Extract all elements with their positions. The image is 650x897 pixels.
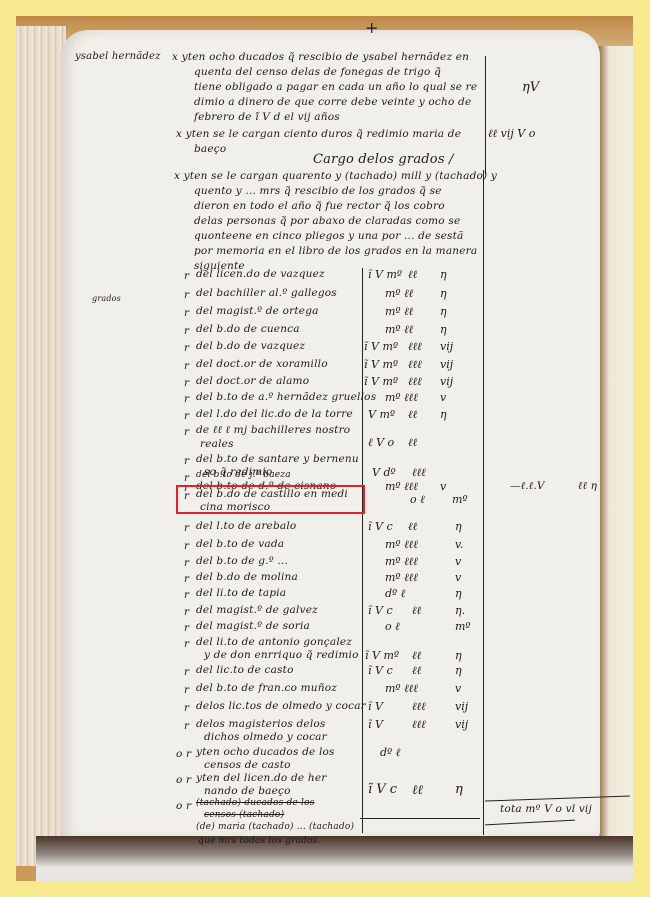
ledger-right-column-rule: [483, 170, 484, 835]
row-text: del b.to de a.º hernãdez gruellos: [196, 391, 376, 403]
row-text: del b.do de cuenca: [196, 323, 300, 335]
row-amount-2: mº ℓℓℓ: [385, 538, 418, 551]
row-text: del b.to de fran.co muñoz: [196, 682, 337, 694]
page-bottom-shadow: [36, 836, 633, 881]
row-amount-2: ℓℓℓ: [412, 718, 426, 731]
row-text: delos magisterios delos: [196, 718, 326, 730]
footer-line-1: (de) maria (tachado) ... (tachado): [196, 822, 354, 832]
row-text: del b.do de vazquez: [196, 340, 305, 352]
row-amount-2: o ℓ: [410, 493, 425, 506]
row-mark: r: [184, 393, 189, 405]
row-amount-3: vij: [440, 340, 453, 353]
row-mark: r: [184, 522, 189, 534]
row-amount-3: v: [455, 682, 461, 695]
row-mark: r: [184, 410, 189, 422]
row-amount-1: ĩ V mº: [368, 268, 402, 281]
row-amount-1: ĩ V c: [368, 782, 397, 797]
row-text: del l.to de arebalo: [196, 520, 296, 532]
row-amount-3: η: [440, 287, 447, 300]
row-amount-2: mº ℓℓ: [385, 287, 413, 300]
row-amount-3: v: [455, 571, 461, 584]
row-mark: r: [184, 325, 189, 337]
intro-line: x yten se le cargan quarento y (tachado)…: [174, 170, 497, 182]
row-mark: r: [184, 638, 189, 650]
row-text-cont: censos (tachado): [204, 810, 284, 820]
margin-note-name: ysabel hernãdez: [75, 51, 161, 62]
row-text-cont: reales: [200, 438, 234, 450]
row-amount-2: ℓℓ: [412, 604, 421, 617]
row-text: de ℓℓ ℓ mj bachilleres nostro: [196, 424, 350, 436]
row-mark: o r: [176, 774, 191, 786]
entry-line: x yten se le cargan ciento duros q̃ redi…: [176, 128, 461, 140]
row-amount-3: v: [440, 480, 446, 493]
entry-line: tiene obligado a pagar en cada un año lo…: [194, 81, 477, 93]
row-text: del magist.º de soria: [196, 620, 310, 632]
row-amount-2: ℓℓ: [412, 649, 421, 662]
row-amount-3: η: [455, 649, 462, 662]
row-amount-2: ℓℓ: [408, 436, 417, 449]
row-amount-1: ĩ V: [368, 718, 383, 731]
row-mark: r: [184, 289, 189, 301]
entry-line: febrero de ĩ V d el vij años: [194, 111, 340, 123]
entry-amount: ℓℓ vij V o: [488, 127, 535, 140]
entry-amount: ηV: [522, 80, 539, 95]
row-amount-2: ℓℓ: [408, 408, 417, 421]
row-mark: r: [184, 557, 189, 569]
row-mark: r: [184, 360, 189, 372]
row-text: del doct.or de alamo: [196, 375, 309, 387]
row-amount-3: mº: [452, 493, 468, 506]
row-amount-3: vij: [455, 700, 468, 713]
row-amount-3: η: [455, 664, 462, 677]
row-amount-1: ĩ V mº: [364, 375, 398, 388]
row-amount-1: V dº: [372, 466, 396, 479]
row-amount-1: ĩ V c: [368, 604, 393, 617]
row-mark: r: [184, 702, 189, 714]
row-text: del li.to de antonio gonçalez: [196, 636, 352, 648]
row-amount-2: mº ℓℓℓ: [385, 571, 418, 584]
section-title: Cargo delos grados /: [313, 152, 454, 167]
row-text: delos lic.tos de olmedo y cocar: [196, 700, 366, 712]
intro-line: por memoria en el libro de los grados en…: [194, 245, 477, 257]
row-amount-1: ĩ V mº: [364, 358, 398, 371]
right-margin-note-2: ℓℓ η: [578, 480, 597, 492]
row-amount-2: ℓℓ: [412, 664, 421, 677]
row-text: del b.to de vada: [196, 538, 284, 550]
row-text: del b.do de molina: [196, 571, 298, 583]
row-amount-3: η: [440, 408, 447, 421]
row-text: del b.to de j.º baeza: [196, 470, 291, 480]
entry-line: quenta del censo delas de fonegas de tri…: [194, 66, 441, 78]
row-text: del magist.º de ortega: [196, 305, 319, 317]
row-mark: r: [184, 342, 189, 354]
intro-line: dieron en todo el año q̃ fue rector q̃ l…: [194, 200, 445, 212]
entry-line: baeço: [194, 143, 226, 155]
row-amount-2: mº ℓℓℓ: [385, 555, 418, 568]
row-amount-1: ℓ V o: [368, 436, 394, 449]
row-amount-3: vij: [455, 718, 468, 731]
row-amount-2: ℓℓℓ: [408, 340, 422, 353]
row-text: del lic.to de casto: [196, 664, 294, 676]
row-amount-3: η: [455, 520, 462, 533]
row-amount-2: mº ℓℓ: [385, 305, 413, 318]
row-text-cont: censos de casto: [204, 759, 291, 771]
row-amount-2: dº ℓ: [385, 587, 405, 600]
entry-line: x yten ocho ducados q̃ rescibio de ysabe…: [172, 51, 469, 63]
row-amount-2: dº ℓ: [380, 746, 400, 759]
row-amount-3: v: [440, 391, 446, 404]
row-text: del magist.º de galvez: [196, 604, 318, 616]
row-amount-1: ĩ V c: [368, 664, 393, 677]
row-amount-1: ĩ V mº: [365, 649, 399, 662]
row-amount-3: η: [455, 587, 462, 600]
row-amount-2: mº ℓℓ: [385, 323, 413, 336]
footer-line-2: que mrs todos los grados.: [198, 836, 321, 846]
row-amount-2: ℓℓℓ: [408, 375, 422, 388]
intro-line: quonteene en cinco pliegos y una por ...…: [194, 230, 464, 242]
row-text: del licen.do de vazquez: [196, 268, 325, 280]
row-amount-2: ℓℓℓ: [412, 466, 426, 479]
bracket-line: [485, 56, 486, 174]
row-amount-3: η.: [455, 604, 465, 617]
row-mark: r: [184, 472, 189, 484]
intro-line: delas personas q̃ por abaxo de claradas …: [194, 215, 460, 227]
row-amount-2: mº ℓℓℓ: [385, 391, 418, 404]
right-margin-note-1: —ℓ.ℓ.V: [510, 480, 545, 492]
row-text: del li.to de tapia: [196, 587, 286, 599]
row-text: del b.to de g.º ...: [196, 555, 288, 567]
row-amount-3: η: [455, 782, 463, 797]
total-rule: [360, 818, 480, 819]
row-mark: r: [184, 720, 189, 732]
row-amount-3: mº: [455, 620, 471, 633]
row-amount-3: η: [440, 305, 447, 318]
row-mark: r: [184, 270, 189, 282]
row-text: del bachiller al.º gallegos: [196, 287, 337, 299]
row-mark: r: [184, 377, 189, 389]
row-amount-1: ĩ V mº: [364, 340, 398, 353]
row-mark: r: [184, 455, 189, 467]
row-amount-3: v.: [455, 538, 463, 551]
row-text-cont: dichos olmedo y cocar: [204, 731, 327, 743]
right-margin-total: tota mº V o vl vij: [500, 803, 592, 815]
row-text: (tachado) ducados de los: [196, 798, 315, 808]
row-text: del b.to de santare y bernenu: [196, 453, 359, 465]
row-amount-3: vij: [440, 358, 453, 371]
row-mark: r: [184, 622, 189, 634]
row-text: yten del licen.do de her: [196, 772, 326, 784]
row-amount-2: ℓℓℓ: [408, 358, 422, 371]
row-mark: o r: [176, 748, 191, 760]
intro-line: quento y ... mrs q̃ rescibio de los grad…: [194, 185, 442, 197]
row-amount-2: ℓℓ: [412, 782, 423, 798]
highlight-box: [176, 485, 365, 514]
row-mark: r: [184, 666, 189, 678]
row-mark: r: [184, 426, 189, 438]
row-amount-3: vij: [440, 375, 453, 388]
margin-note-grados: grados: [92, 294, 121, 303]
row-mark: r: [184, 589, 189, 601]
row-mark: r: [184, 606, 189, 618]
row-amount-2: mº ℓℓℓ: [385, 682, 418, 695]
row-mark: r: [184, 684, 189, 696]
row-mark: r: [184, 307, 189, 319]
row-amount-2: ℓℓ: [408, 268, 417, 281]
row-text-cont: nando de baeço: [204, 785, 291, 797]
header-cross-mark: +: [365, 18, 379, 37]
row-mark: o r: [176, 800, 191, 812]
page-stack-edges: [16, 26, 66, 866]
row-text-cont: y de don enrriquo q̃ redimio: [204, 649, 359, 661]
row-amount-2: ℓℓℓ: [412, 700, 426, 713]
row-mark: r: [184, 540, 189, 552]
row-text: del doct.or de xoramillo: [196, 358, 328, 370]
row-text: yten ocho ducados de los: [196, 746, 335, 758]
row-amount-1: ĩ V: [368, 700, 383, 713]
row-amount-2: o ℓ: [385, 620, 400, 633]
row-text: del l.do del lic.do de la torre: [196, 408, 353, 420]
facing-page-edge: [596, 46, 633, 836]
row-amount-1: V mº: [368, 408, 395, 421]
entry-line: dimio a dinero de que corre debe veinte …: [194, 96, 471, 108]
row-amount-2: ℓℓ: [408, 520, 417, 533]
row-mark: r: [184, 573, 189, 585]
row-amount-2: mº ℓℓℓ: [385, 480, 418, 493]
row-amount-3: η: [440, 323, 447, 336]
row-amount-1: ĩ V c: [368, 520, 393, 533]
row-amount-3: η: [440, 268, 447, 281]
row-amount-3: v: [455, 555, 461, 568]
